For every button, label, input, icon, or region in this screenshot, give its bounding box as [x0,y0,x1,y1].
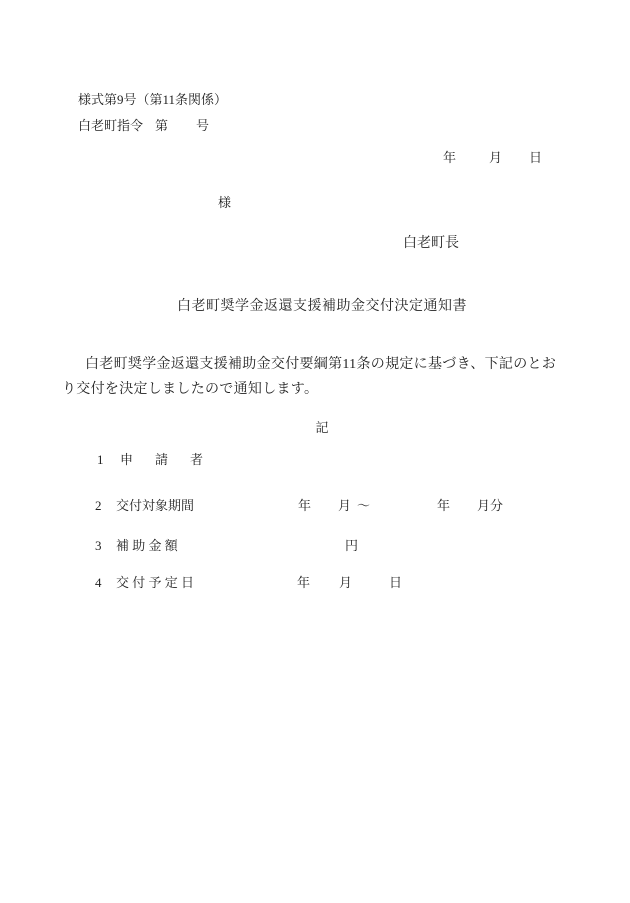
item-4-number: 4 [95,576,102,591]
form-number: 様式第9号（第11条関係） [78,93,227,108]
directive-dai: 第 [155,119,168,134]
record-heading: 記 [14,417,630,436]
item-2-label: 交付対象期間 [116,499,194,514]
date-month-label: 月 [489,151,502,166]
item-applicant: 1 申 請 者 [0,453,630,471]
item-1-label-1: 申 [120,453,133,468]
date-line: 年 月 日 [0,151,630,169]
item-3-yen-label: 円 [345,539,358,554]
item-3-label: 補 助 金 額 [116,539,178,554]
item-1-number: 1 [97,453,104,468]
item-2-month-to: 月分 [477,499,503,514]
item-2-year-from: 年 [298,499,311,514]
directive-go: 号 [196,119,209,134]
item-2-number: 2 [95,499,102,514]
body-line-1: 白老町奨学金返還支援補助金交付要綱第11条の規定に基づき、下記のとお [62,352,572,377]
date-year-label: 年 [443,151,456,166]
item-1-label-2: 請 [155,453,168,468]
item-2-month-from: 月 [338,499,351,514]
item-4-label: 交 付 予 定 日 [116,576,194,591]
item-4-day-label: 日 [389,576,402,591]
item-4-month-label: 月 [339,576,352,591]
directive-prefix: 白老町指令 [78,119,143,134]
date-day-label: 日 [529,151,542,166]
item-4-year-label: 年 [297,576,310,591]
sender-title: 白老町長 [403,236,459,252]
item-planned-grant-date: 4 交 付 予 定 日 年 月 日 [0,576,630,594]
item-2-year-to: 年 [437,499,450,514]
document-title: 白老町奨学金返還支援補助金交付決定通知書 [14,295,630,315]
document-page: 様式第9号（第11条関係） 白老町指令 第 号 年 月 日 様 白老町長 白老町… [0,0,630,903]
item-3-number: 3 [95,539,102,554]
item-2-tilde: ～ [357,499,370,514]
body-paragraph: 白老町奨学金返還支援補助金交付要綱第11条の規定に基づき、下記のとお り交付を決… [62,352,572,402]
body-line-2: り交付を決定しましたので通知します。 [62,377,572,402]
item-subsidy-amount: 3 補 助 金 額 円 [0,539,630,557]
addressee-honorific: 様 [218,196,231,211]
item-1-label-3: 者 [190,453,203,468]
directive-line: 白老町指令 第 号 [0,119,630,137]
item-grant-period: 2 交付対象期間 年 月 ～ 年 月分 [0,499,630,517]
